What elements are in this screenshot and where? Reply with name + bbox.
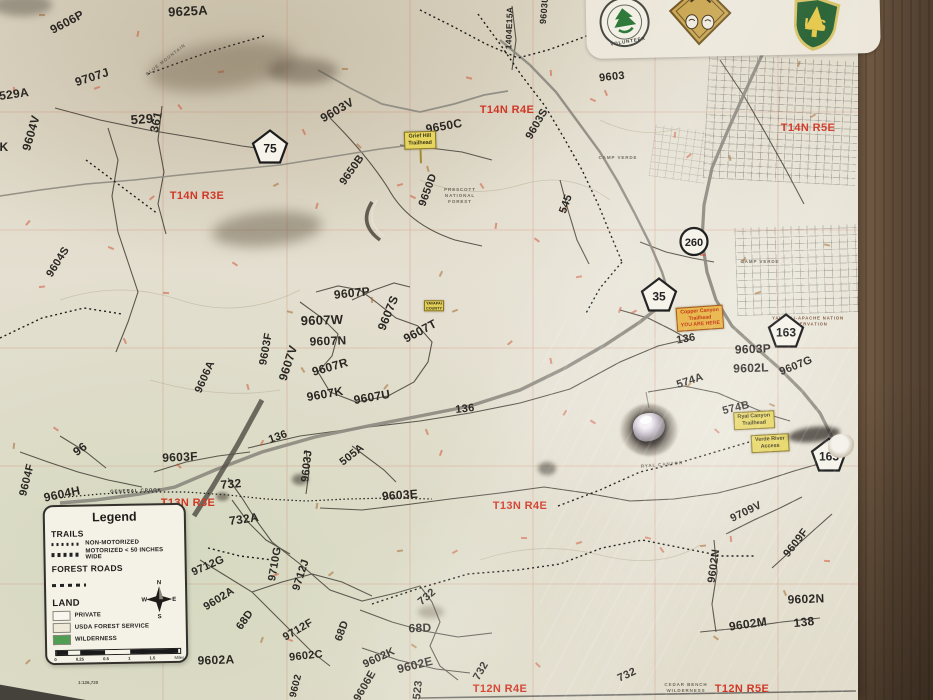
road-number-label: 9602 xyxy=(288,673,304,698)
road-number-label: 9602M xyxy=(728,614,768,633)
legend-forest-roads-heading: FOREST ROADS xyxy=(52,562,179,574)
road-number-label: 96 xyxy=(70,439,90,459)
road-number-label: 9710G xyxy=(266,546,284,582)
road-number-label: 68D xyxy=(408,621,431,636)
highway-35-shield: 35 xyxy=(640,277,678,318)
svg-text:S: S xyxy=(158,614,162,619)
non-motorized-label: NON-MOTORIZED xyxy=(85,540,139,547)
road-number-label: 732 xyxy=(616,665,639,684)
forest-road-sample xyxy=(52,584,86,588)
road-number-label: 68D xyxy=(234,608,256,632)
road-number-label: 9609F xyxy=(781,526,811,559)
road-number-label: 9607N xyxy=(309,333,346,348)
road-number-label: 9603E xyxy=(381,487,418,503)
area-label: BLUE MOUNTAIN xyxy=(145,42,187,77)
road-number-label: 9602C xyxy=(289,648,324,663)
road-number-label: 523 xyxy=(411,680,425,700)
township-range-label: T13N R4E xyxy=(493,500,548,512)
road-number-label: 574A xyxy=(675,371,705,391)
volunteer-badge: VOLUNTEER xyxy=(593,0,656,57)
bullet-hole xyxy=(620,404,678,456)
svg-text:163: 163 xyxy=(776,326,796,340)
trailhead-label: YAVAPAI COUNTY xyxy=(424,300,444,311)
highway-260-shield: 260 xyxy=(678,226,710,263)
svg-text:N: N xyxy=(157,580,161,586)
legend-trails-heading: TRAILS xyxy=(51,527,178,539)
road-number-label: 9712J xyxy=(290,558,311,592)
township-range-label: T14N R5E xyxy=(781,122,836,134)
road-number-label: 9602A xyxy=(197,652,234,667)
road-number-label: 138 xyxy=(793,614,815,630)
township-range-label: T14N R4E xyxy=(480,104,535,116)
road-number-label: 545 xyxy=(557,193,575,215)
svg-text:35: 35 xyxy=(652,290,666,304)
road-number-label: 9712F xyxy=(281,617,315,644)
road-number-label: 732 xyxy=(220,476,242,492)
road-number-label: 9603P xyxy=(735,341,772,356)
road-number-label: 732 xyxy=(416,586,438,608)
township-range-label: T12N R4E xyxy=(473,683,528,695)
area-label: RYAL CANYON xyxy=(641,460,684,470)
non-motorized-trail-sample xyxy=(51,542,81,546)
svg-text:W: W xyxy=(141,597,147,603)
road-number-label: 9712G xyxy=(190,553,226,578)
road-number-label: 9607G xyxy=(778,354,815,378)
area-label: PRESCOTT NATIONAL FOREST xyxy=(444,187,476,205)
road-number-label: 1404E15A xyxy=(503,7,514,50)
road-number-label: 9602N xyxy=(706,548,723,583)
area-label: GENERAL CROOK xyxy=(110,487,162,495)
road-number-label: K xyxy=(0,140,8,154)
scale-ratio-note: 1:126,720 xyxy=(78,680,98,685)
road-number-label: 9650B xyxy=(337,153,366,188)
road-number-label: 136 xyxy=(267,428,289,446)
motorized-label: MOTORIZED < 50 INCHES WIDE xyxy=(85,547,178,561)
road-number-label: 136 xyxy=(675,331,696,346)
motorized-trail-sample xyxy=(51,553,81,558)
road-number-label: 9607U xyxy=(353,387,392,407)
highway-75-shield: 75 xyxy=(251,129,289,170)
road-number-label: 9602E xyxy=(396,654,435,676)
svg-text:E: E xyxy=(172,597,176,603)
trailhead-label: Ryal Canyon Trailhead xyxy=(733,410,775,430)
svg-text:260: 260 xyxy=(685,237,703,249)
road-number-label: 9607P xyxy=(333,284,370,302)
road-number-label: 9603V xyxy=(318,95,356,125)
road-number-label: 9603F xyxy=(162,449,198,465)
trailhead-label: Copper Canyon Trailhead YOU ARE HERE xyxy=(676,305,725,332)
usfs-shield-badge: US xyxy=(787,0,843,59)
road-number-label: 9709V xyxy=(728,499,763,524)
trailhead-label: Verde River Access xyxy=(751,433,790,452)
road-number-label: 9603J xyxy=(299,449,314,482)
road-number-label: 9602A xyxy=(201,585,236,613)
usda-land-swatch xyxy=(53,623,71,633)
road-number-label: 9604H xyxy=(43,483,82,504)
road-number-label: 732 xyxy=(471,660,491,683)
road-number-label: 9606P xyxy=(48,7,87,36)
road-number-label: 9602L xyxy=(733,360,769,375)
legend-title: Legend xyxy=(51,509,178,525)
road-number-label: 9604S xyxy=(44,245,72,280)
road-number-label: 9604F xyxy=(17,463,37,498)
horsemen-diamond-badge xyxy=(667,0,733,52)
wilderness-label: WILDERNESS xyxy=(75,636,117,643)
road-number-label: 9607V xyxy=(276,344,301,383)
road-number-label: 9602N xyxy=(787,591,824,606)
legend-box: Legend TRAILS NON-MOTORIZED MOTORIZED < … xyxy=(43,503,189,665)
wilderness-swatch xyxy=(53,635,71,645)
compass-rose-icon: N W E S xyxy=(141,577,178,620)
road-number-label: 68D xyxy=(333,619,351,643)
road-number-label: 9607S xyxy=(375,294,402,333)
road-number-label: 9650D xyxy=(417,172,440,208)
road-number-label: 9607R xyxy=(310,355,349,379)
road-number-label: 9606E xyxy=(351,669,378,700)
usda-label: USDA FOREST SERVICE xyxy=(75,623,150,630)
photo-of-trail-map: 9625A9606P529A9707J5299604V361K9604S9603… xyxy=(0,0,933,700)
road-number-label: 9603U xyxy=(538,0,550,24)
road-number-label: 9607K xyxy=(306,384,345,404)
road-number-label: 9625A xyxy=(168,2,209,19)
road-number-label: 732A xyxy=(228,510,260,528)
svg-text:75: 75 xyxy=(263,142,277,156)
scale-tick-labels: 00.250.511.5Miles xyxy=(54,655,184,662)
private-land-swatch xyxy=(52,611,70,621)
road-number-label: 9604V xyxy=(19,114,42,153)
road-number-label: 9603F xyxy=(257,332,274,366)
road-number-label: 505A xyxy=(337,442,366,468)
road-number-label: 136 xyxy=(455,402,475,416)
road-number-label: 9603 xyxy=(599,70,626,85)
road-number-label: 9607W xyxy=(300,312,343,328)
highway-163-shield: 163 xyxy=(767,313,805,354)
township-range-label: T12N R5E xyxy=(715,683,770,695)
area-label: CEDAR BENCH WILDERNESS xyxy=(664,682,707,694)
trailhead-label: Grief Hill Trailhead xyxy=(404,131,436,150)
area-label: CAMP VERDE xyxy=(599,155,638,161)
road-number-label: 9606A xyxy=(193,359,218,395)
road-number-label: 9607T xyxy=(401,316,439,345)
township-range-label: T14N R3E xyxy=(170,190,225,202)
road-number-label: 361 xyxy=(147,110,165,133)
area-label: CAMP VERDE xyxy=(741,259,780,265)
private-label: PRIVATE xyxy=(74,612,101,618)
road-number-label: 529A xyxy=(0,85,30,103)
road-number-label: 9602K xyxy=(361,645,397,670)
road-number-label: 9707J xyxy=(73,65,110,89)
